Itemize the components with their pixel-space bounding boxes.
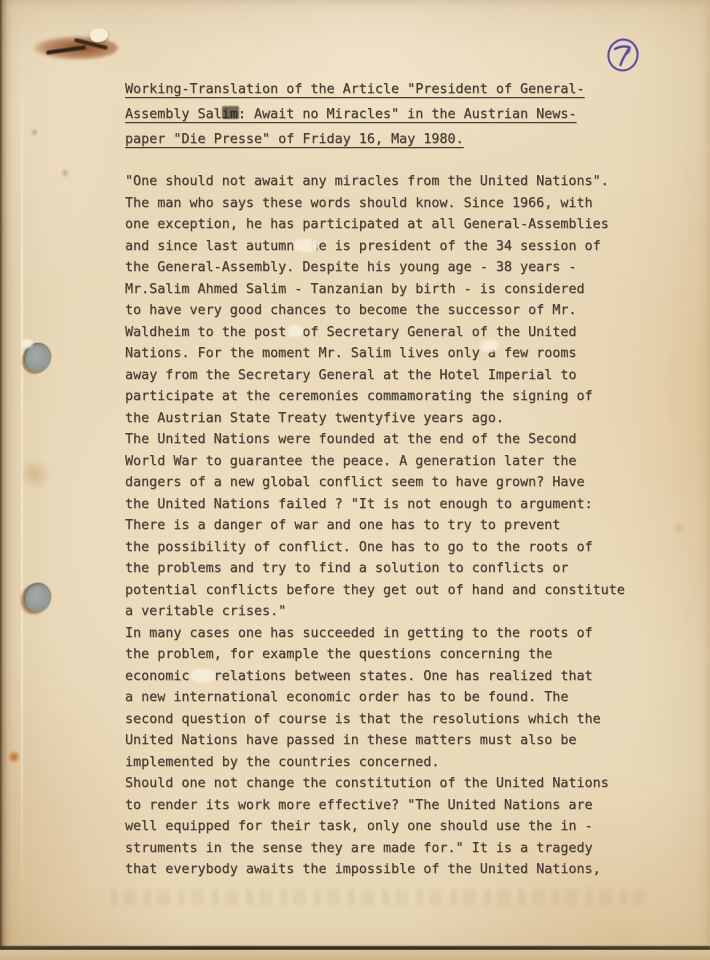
stain — [20, 458, 50, 490]
body-line: and since last autumn he is president of… — [125, 236, 645, 258]
body-line: participate at the ceremonies commamorat… — [125, 386, 645, 408]
body-line: a new international economic order has t… — [125, 687, 645, 709]
body-line: "One should not await any miracles from … — [125, 171, 645, 193]
body-line: that everybody awaits the impossible of … — [125, 859, 645, 881]
body-line: Should one not change the constitution o… — [125, 773, 645, 795]
body-line: the General-Assembly. Despite his young … — [125, 257, 645, 279]
body-line: the Austrian State Treaty twentyfive yea… — [125, 408, 645, 430]
body-line: to have very good chances to become the … — [125, 300, 645, 322]
stain — [30, 128, 39, 137]
underlying-page-edge — [0, 950, 710, 960]
body-line: dangers of a new global conflict seem to… — [125, 472, 645, 494]
body-line: struments in the sense they are made for… — [125, 838, 645, 860]
whiteout-correction — [294, 239, 318, 252]
overtype-correction — [222, 106, 239, 119]
body-line: implemented by the countries concerned. — [125, 752, 645, 774]
stain — [672, 520, 686, 536]
body-line: Nations. For the moment Mr. Salim lives … — [125, 343, 645, 365]
body-line: In many cases one has succeeded in getti… — [125, 623, 645, 645]
punch-hole-bottom — [24, 583, 51, 612]
document-title: Working-Translation of the Article "Pres… — [125, 77, 645, 152]
body-line: the problem, for example the questions c… — [125, 644, 645, 666]
body-line: a veritable crises." — [125, 601, 645, 623]
title-line: Assembly Salim: Await no Miracles" in th… — [125, 102, 645, 127]
paper-tear-highlight — [21, 339, 33, 348]
title-line: Working-Translation of the Article "Pres… — [125, 77, 645, 102]
stain — [60, 168, 70, 178]
circled-seven-icon — [601, 32, 645, 78]
body-line: United Nations have passed in these matt… — [125, 730, 645, 752]
scanned-document-page: Working-Translation of the Article "Pres… — [0, 0, 710, 960]
whiteout-correction — [481, 340, 498, 352]
stain — [8, 750, 20, 764]
staple-rust-mark — [28, 26, 124, 68]
body-line: one exception, he has participated at al… — [125, 214, 645, 236]
body-line: the possibility of conflict. One has to … — [125, 537, 645, 559]
body-line: second question of course is that the re… — [125, 709, 645, 731]
body-line: well equipped for their task, only one s… — [125, 816, 645, 838]
body-line: away from the Secretary General at the H… — [125, 365, 645, 387]
body-line: Waldheim to the post of Secretary Genera… — [125, 322, 645, 344]
whiteout-correction — [288, 325, 303, 337]
body-line: The United Nations were founded at the e… — [125, 429, 645, 451]
body-text: "One should not await any miracles from … — [125, 171, 645, 881]
handwritten-page-number — [601, 32, 645, 78]
body-line: to render its work more effective? "The … — [125, 795, 645, 817]
punch-hole-top — [24, 343, 51, 372]
bleed-through-ghost-text — [110, 886, 650, 910]
body-line: the problems and try to find a solution … — [125, 558, 645, 580]
typewritten-text: Working-Translation of the Article "Pres… — [125, 77, 645, 881]
body-line: The man who says these words should know… — [125, 193, 645, 215]
bottom-scan-edge — [0, 946, 710, 960]
left-scan-edge — [0, 0, 16, 960]
body-line: potential conflicts before they get out … — [125, 580, 645, 602]
title-line: paper "Die Presse" of Friday 16, May 198… — [125, 127, 645, 152]
body-line: There is a danger of war and one has to … — [125, 515, 645, 537]
body-line: the United Nations failed ? "It is not e… — [125, 494, 645, 516]
whiteout-correction — [191, 669, 215, 682]
body-line: Mr.Salim Ahmed Salim - Tanzanian by birt… — [125, 279, 645, 301]
body-line: World War to guarantee the peace. A gene… — [125, 451, 645, 473]
